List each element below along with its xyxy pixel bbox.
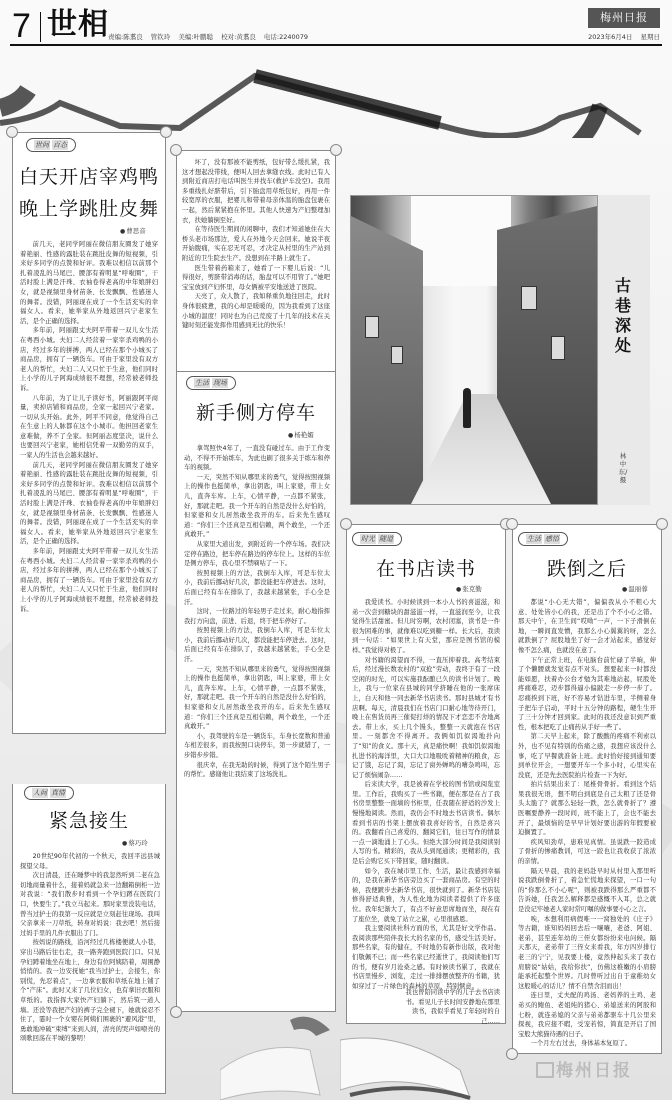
column-tag-shenghuo-xianchang: 生活现场 xyxy=(186,376,236,390)
article-1-title-line1: 白天开店宰鸡鸭 xyxy=(14,164,164,190)
newspaper-watermark: 梅州日报 xyxy=(536,1056,632,1081)
paragraph: 拍片结果出来了：尾椎骨骨折。看到这个结果我很无语，想不明白到底是自己太粗了还是骨… xyxy=(518,780,656,838)
paragraph: 次日清晨，还在睡梦中的我忽然听到二老在急切地商量着什么，接着妈就急来一边翻箱倒柜… xyxy=(20,871,160,938)
paragraph: 按照视频上的方法，我倒车入库，可是车位太小，我前后挪动好几次，都没能把车停进去。… xyxy=(184,569,330,607)
paragraph: 天亮了，众人散了，我如释重负地往回走，此时身体很疲惫，我的心却是暖暖的，因为我看… xyxy=(182,292,330,330)
credit-editor-2: 管钦玲 xyxy=(151,33,171,41)
article-1-title-line2: 晚上学跳肚皮舞 xyxy=(14,196,164,222)
paragraph: 对书籍的渴望而不得，一直压抑着我。高考结束后，经过漫长数农村的“双抢”劳动，我终… xyxy=(352,656,500,781)
paragraph: 都说“小心无大错”，偏偏我从小不粗心大意、处处皆小心的我，还是出了个不小心之错。… xyxy=(518,598,656,656)
paragraph: 连日里，丈夫配的鸡汤、老妈养的土鸡、老弟买的鲍鱼、老姐炖的猪心、弟媳送来的阿胶和… xyxy=(518,991,656,1039)
paragraph: 疾风知劲草，患难见真情。虽说跌一跤造成了骨折的惨痛教训，可这一跤也让我收获了浓浓… xyxy=(518,838,656,867)
weekday-text: 星期日 xyxy=(641,33,661,41)
paragraph: 按妈说的路线，沿河经过几栋楼便就人小巷，穿出马路后往右走，我一路奔跑到医院门口。… xyxy=(20,938,160,1044)
alley-photo xyxy=(350,195,598,505)
article-5-title: 在书店读书 xyxy=(348,556,504,582)
paragraph: 我爱读书。小时候读到一本小人书的喜滋滋，和弟一次尝到糖块的甜滋滋一样，一直滋润至… xyxy=(352,598,500,656)
article-4-author: 蔡巧玲 xyxy=(122,838,148,847)
paragraph: 如今，我在城市里工作、生活，最让我感到幸福的，是我在新华书店旁边买了一套商品房。… xyxy=(352,867,500,925)
credit-proofreader: 校对:黄翥良 xyxy=(221,33,256,41)
paragraph: 后来读大学，我是被着在学校的图书馆或阅览室里。工作后，我购买了一些书籍，便在那是… xyxy=(352,780,500,866)
article-6-author: 温丽蓉 xyxy=(622,584,648,593)
editor-credits: 责编:陈翥良 管钦玲 美编:叶鹏聪 校对:黄翥良 电话:2240079 xyxy=(108,32,314,41)
column-tag-shiguang-suidao: 时光隧道 xyxy=(352,532,402,546)
paragraph: 按照视频上的方法，我倒车入库，可是车位太小，我前后挪动好几次，都没能把车停进去。… xyxy=(184,626,330,664)
credit-phone: 电话:2240079 xyxy=(264,33,308,41)
article-continuation-body: 坏了，没有那被不能剪纸，包好带么缓扎紧，我这才想起没带线，便叫人回去拿缝衣线。此… xyxy=(182,158,330,368)
article-3-author: 杨艳媚 xyxy=(288,430,314,439)
paragraph: 多年前，阿丽跟丈夫阿平带着一双儿女生活在粤西小城。夫妇二人经营着一家宰杀鸡鸭的小… xyxy=(20,326,158,393)
open-book-illustration xyxy=(220,1000,340,1100)
credit-editor: 责编:陈翥良 xyxy=(108,33,143,41)
paragraph: 坏了，没有那被不能剪纸，包好带么缓扎紧，我这才想起没带线，便叫人回去拿缝衣线。此… xyxy=(182,158,330,225)
paragraph: 多年前，阿丽跟丈夫阿平带着一双儿女生活在粤西小城。夫妇二人经营着一家宰杀鸡鸭的小… xyxy=(20,547,158,614)
paragraph: 八年前，为了让儿子读好书，阿丽跟阿平商量，卖掉店铺和商品房，全家一起回兴宁老家。… xyxy=(20,394,158,461)
section-title: 世相 xyxy=(47,7,109,43)
paragraph: 很庆幸，在我无助的时候，得到了这个陌生男子的帮忙。感谢他让我结束了这场洗礼。 xyxy=(184,761,330,780)
paragraph: 20世纪90年代初的一个秋天，我回平远县城探望父母。 xyxy=(20,852,160,871)
date-text: 2023年6月4日 xyxy=(588,33,632,41)
paragraph: 一天，突然不知从哪里来的勇气，觉得按照视频上的操作也挺简单，拿出钥匙，叫上家婆，… xyxy=(184,665,330,732)
article-5-body: 我爱读书。小时候读到一本小人书的喜滋滋，和弟一次尝到糖块的甜滋滋一样，一直滋润至… xyxy=(352,598,500,1000)
masthead: 7 世相 责编:陈翥良 管钦玲 美编:叶鹏聪 校对:黄翥良 电话:2240079… xyxy=(10,8,662,46)
article-6-body: 都说“小心无大错”，偏偏我从小不粗心大意、处处皆小心的我，还是出了个不小心之错。… xyxy=(518,598,656,1048)
paragraph: 从家里大道出发，到附近的一个停车场。我们决定停在路边，把车停在路边的停车位上。这… xyxy=(184,540,330,569)
column-tag-shijian-baitai: 世间百态 xyxy=(26,138,76,152)
article-4-title: 紧急接生 xyxy=(14,808,164,834)
article-3-title: 新手侧方停车 xyxy=(178,400,334,426)
article-4-body: 20世纪90年代初的一个秋天，我回平远县城探望父母。 次日清晨，还在睡梦中的我忽… xyxy=(20,852,160,1088)
newspaper-page: 7 世相 责编:陈翥良 管钦玲 美编:叶鹏聪 校对:黄翥良 电话:2240079… xyxy=(0,0,672,1100)
paragraph: 拿驾照快4年了，一直没有碰过车。由于工作变动，不得不开始练车，为此也刷了很多关于… xyxy=(184,444,330,473)
page-number: 7 xyxy=(12,8,31,44)
paragraph: 医生带着药箱来了，她看了一下婴儿后说：“儿得很好，剪脐带消毒的话，胎盘可以不用管… xyxy=(182,264,330,293)
paragraph: 小，我驾驶的车是一辆货车，车身长宽数和普通车相差很多，而我按照口诀停车，第一步就… xyxy=(184,732,330,761)
paragraph: 在等待医生期间的闲聊中，我们才知道她住在大桥头老市场那边，爱人在外地今天会回来。… xyxy=(182,225,330,263)
column-tag-renjian-zhenqing: 人间真情 xyxy=(24,786,74,800)
newspaper-logo: 梅州日报 xyxy=(588,8,660,28)
paragraph: 这时，一位路过的年轻男子走过来，耐心地指挥我打方向盘，前进、后退，终于把车停好了… xyxy=(184,607,330,626)
article-3-body: 拿驾照快4年了，一直没有碰过车。由于工作变动，不得不开始练车，为此也刷了很多关于… xyxy=(184,444,330,990)
photo-title: 古巷深处 xyxy=(611,276,635,356)
open-book-illustration-large xyxy=(340,1000,520,1100)
person-figure xyxy=(463,388,471,428)
paragraph: 我主要阅读社科方面的书，尤其是好文学作品。我阅读那些陪伴我长大的名家的书，感受生… xyxy=(352,924,500,991)
paragraph: 前几天，老同学阿丽在微信朋友圈发了她穿着艳丽、性感的露肚装在跳肚皮舞的短视频，引… xyxy=(20,461,158,547)
photo-credit: 林中东/摄 xyxy=(618,452,628,484)
article-6-title: 跌倒之后 xyxy=(514,556,660,582)
masthead-divider xyxy=(40,12,41,42)
article-1-author: 曹思音 xyxy=(120,226,146,235)
logo-icon xyxy=(536,1062,554,1078)
paragraph: 下午正常上班，在电脑台前忙碌了半晌，伸了个懒腰就发觉有点不对头。想要起来一时都没… xyxy=(518,656,656,733)
article-5-author: 张克勤 xyxy=(456,584,482,593)
issue-date: 2023年6月4日 星期日 xyxy=(582,32,660,41)
paragraph: 唉，本想利用病假唯一一窝独处的《庄子》等古籍，谁知妈妈回去后一嚷嚷，老爸、阿姐、… xyxy=(518,915,656,992)
column-tag-shenghuo-ganwu: 生活感悟 xyxy=(518,532,568,546)
paragraph: 前几天，老同学阿丽在微信朋友圈发了她穿着艳丽、性感的露肚装在跳肚皮舞的短视频，引… xyxy=(20,240,158,326)
paragraph: 隔天早晨，我的老妈赴早时从村里入那里听说我跌倒骨折了，着急忙慌地来探望，一口一句… xyxy=(518,867,656,915)
paragraph: 第二天早上起来，除了酸酸的疼痛不利索以外，也不见有特别的伤痛之感，我想应该没什么… xyxy=(518,732,656,780)
paragraph: 一个月左右过去，身体基本复原了。 xyxy=(518,1039,656,1048)
paragraph: 一天，突然不知从哪里来的勇气，觉得按照视频上的操作也挺简单，拿出钥匙，叫上家婆，… xyxy=(184,473,330,540)
credit-art-editor: 美编:叶鹏聪 xyxy=(178,33,213,41)
article-1-body: 前几天，老同学阿丽在微信朋友圈发了她穿着艳丽、性感的露肚装在跳肚皮舞的短视频，引… xyxy=(20,240,158,730)
